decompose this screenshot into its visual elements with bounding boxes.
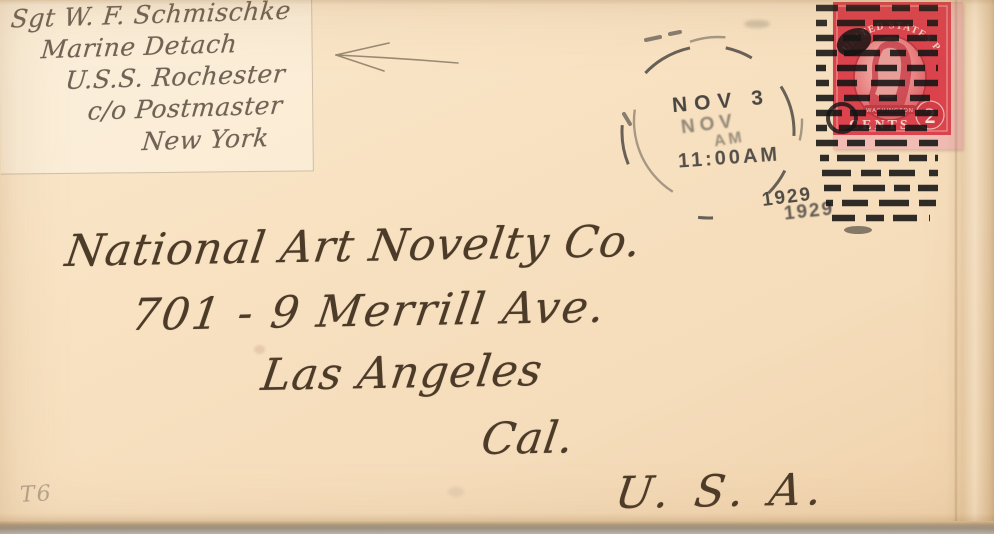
return-address-label: Sgt W. F. Schmischke Marine Detach U.S.S… — [0, 0, 314, 175]
pencil-arrow-icon — [325, 34, 465, 79]
bottom-edge-shadow — [0, 521, 994, 534]
cancellation-bars — [812, 2, 942, 234]
right-torn-edge — [946, 0, 994, 534]
top-edge-shadow — [0, 0, 994, 5]
recipient-city: Las Angeles — [258, 345, 546, 402]
recipient-state: Cal. — [478, 412, 578, 466]
return-address-line: New York — [141, 121, 316, 157]
recipient-street: 701 - 9 Merrill Ave. — [128, 282, 610, 342]
bottom-fold-shadow — [0, 513, 994, 521]
toning-spot — [254, 345, 265, 354]
recipient-company: National Art Novelty Co. — [62, 216, 645, 278]
envelope: Sgt W. F. Schmischke Marine Detach U.S.S… — [0, 0, 994, 534]
toning-spot — [448, 487, 464, 497]
recipient-country: U. S. A. — [612, 464, 831, 520]
pencil-note: T6 — [19, 481, 53, 508]
